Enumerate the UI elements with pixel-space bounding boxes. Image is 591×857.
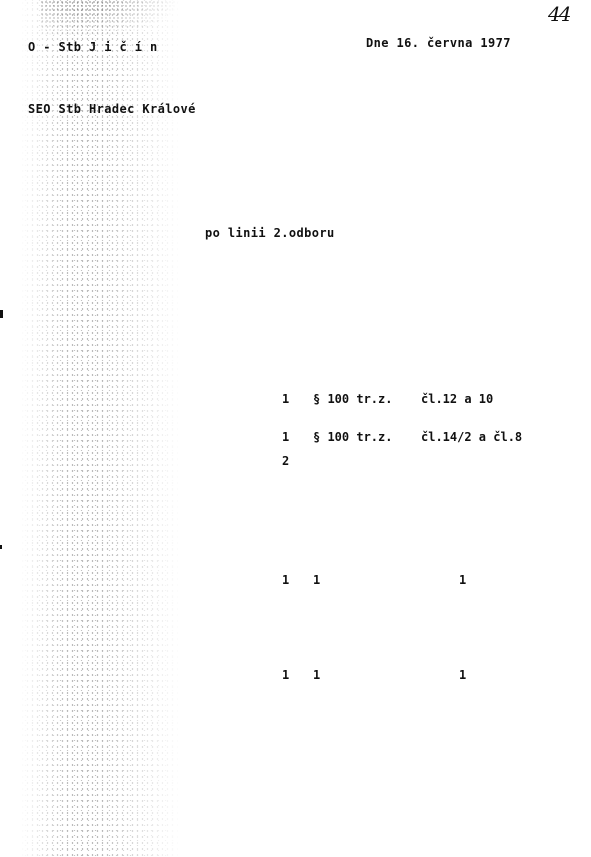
subject-line: po linii 2.odboru: [205, 226, 335, 240]
scan-noise-margin: [20, 0, 180, 857]
document-page: 44 O - Stb J i č í n Dne 16. června 1977…: [0, 0, 591, 857]
row-value: 1: [313, 668, 320, 682]
row-count: 2: [282, 454, 289, 468]
row-value-right: 1: [459, 573, 466, 587]
row-count: 1: [282, 430, 289, 444]
row-count: 1: [282, 668, 289, 682]
recipient-office: SEO Stb Hradec Králové: [28, 102, 196, 116]
row-article: čl.14/2 a čl.8: [421, 430, 522, 444]
document-date: Dne 16. června 1977: [366, 36, 511, 50]
punch-hole-mark: [0, 310, 3, 318]
row-count: 1: [282, 573, 289, 587]
row-value: 1: [313, 573, 320, 587]
sender-office: O - Stb J i č í n: [28, 40, 158, 54]
edge-mark: [0, 545, 2, 549]
handwritten-page-number: 44: [548, 2, 569, 26]
row-paragraph: § 100 tr.z.: [313, 430, 392, 444]
row-value-right: 1: [459, 668, 466, 682]
row-article: čl.12 a 10: [421, 392, 493, 406]
scan-noise-top: [40, 0, 180, 40]
row-count: 1: [282, 392, 289, 406]
row-paragraph: § 100 tr.z.: [313, 392, 392, 406]
